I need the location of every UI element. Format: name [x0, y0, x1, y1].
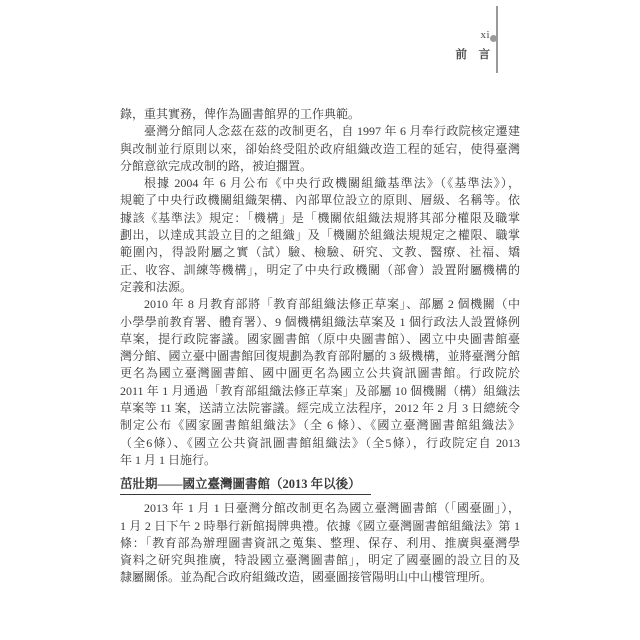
- body-line: 分館意欲完成改制的路，被迫擱置。: [120, 158, 520, 175]
- body-line: 定義和法源。: [120, 279, 520, 296]
- body-line: 與改制並行原則以來，卻始終受阻於政府組織改造工程的延宕，使得臺灣: [120, 141, 520, 158]
- body-line: 範圍內，得設附屬之實（試）驗、檢驗、研究、文教、醫療、社福、矯: [120, 244, 520, 261]
- body-line: 灣分館、國立臺中圖書館回復規劃為教育部附屬的 3 級機構，並將臺灣分館: [120, 348, 520, 365]
- body-line: 錄，重其實務，俾作為圖書館界的工作典範。: [120, 106, 520, 123]
- body-line: 規範了中央行政機關組織架構、內部單位設立的原則、層級、名稱等。依: [120, 192, 520, 209]
- body-line: 根據 2004 年 6 月公布《中央行政機關組織基準法》（《基準法》），: [120, 175, 520, 192]
- paragraph: 臺灣分館同人念茲在茲的改制更名，自 1997 年 6 月奉行政院核定遷建與改制並…: [120, 123, 520, 175]
- body-line: 年 1 月 1 日施行。: [120, 452, 520, 469]
- body-line: 草案，提行政院審議。國家圖書館（原中央圖書館）、國立中央圖書館臺: [120, 331, 520, 348]
- paragraph: 2013 年 1 月 1 日臺灣分館改制更名為國立臺灣圖書館（「國臺圖」），1 …: [120, 500, 520, 586]
- body-line: 臺灣分館同人念茲在茲的改制更名，自 1997 年 6 月奉行政院核定遷建: [120, 123, 520, 140]
- book-page: xi 前 言 錄，重其實務，俾作為圖書館界的工作典範。臺灣分館同人念茲在茲的改制…: [0, 0, 640, 640]
- page-number: xi: [430, 29, 490, 41]
- paragraph: 錄，重其實務，俾作為圖書館界的工作典範。: [120, 106, 520, 123]
- body-line: 更名為國立臺灣圖書館、國中圖更名為國立公共資訊圖書館。行政院於: [120, 365, 520, 382]
- body-line: 草案等 11 案，送請立法院審議。經完成立法程序，2012 年 2 月 3 日總…: [120, 400, 520, 417]
- body-line: 2010 年 8 月教育部將「教育部組織法修正草案」、部屬 2 個機關（中: [120, 296, 520, 313]
- section-heading-text: 茁壯期——國立臺灣圖書館（2013 年以後）: [120, 475, 371, 495]
- body-line: 條：「教育部為辦理圖書資訊之蒐集、整理、保存、利用、推廣與臺灣學: [120, 535, 520, 552]
- body-line: 劃出，以達成其設立目的之組織」及「機關於組織法規規定之權限、職掌: [120, 227, 520, 244]
- paragraph: 根據 2004 年 6 月公布《中央行政機關組織基準法》（《基準法》），規範了中…: [120, 175, 520, 296]
- body-text: 錄，重其實務，俾作為圖書館界的工作典範。臺灣分館同人念茲在茲的改制更名，自 19…: [120, 106, 520, 587]
- body-line: 制定公布《國家圖書館組織法》（全 6 條）、《國立臺灣圖書館組織法》: [120, 417, 520, 434]
- body-line: （全6條）、《國立公共資訊圖書館組織法》（全5條），行政院定自 2013: [120, 435, 520, 452]
- section-heading: 茁壯期——國立臺灣圖書館（2013 年以後）: [120, 475, 520, 495]
- body-line: 隸屬關係。並為配合政府組織改造，國臺圖接管陽明山中山樓管理所。: [120, 569, 520, 586]
- body-line: 資料之研究與推廣，特設國立臺灣圖書館」，明定了國臺圖的設立目的及: [120, 552, 520, 569]
- header-rule-dot: [490, 35, 497, 42]
- body-line: 小學學前教育署、體育署）、9 個機構組織法草案及 1 個行政法人設置條例: [120, 314, 520, 331]
- body-line: 1 月 2 日下午 2 時舉行新館揭牌典禮。依據《國立臺灣圖書館組織法》第 1: [120, 518, 520, 535]
- body-line: 正、收容、訓練等機構」，明定了中央行政機關（部會）設置附屬機構的: [120, 262, 520, 279]
- paragraph: 2010 年 8 月教育部將「教育部組織法修正草案」、部屬 2 個機關（中小學學…: [120, 296, 520, 469]
- body-line: 2013 年 1 月 1 日臺灣分館改制更名為國立臺灣圖書館（「國臺圖」），: [120, 500, 520, 517]
- chapter-title: 前 言: [400, 46, 490, 62]
- body-line: 據該《基準法》規定：「機構」是「機關依組織法規將其部分權限及職掌: [120, 210, 520, 227]
- body-line: 2011 年 1 月通過「教育部組織法修正草案」及部屬 10 個機關（構）組織法: [120, 383, 520, 400]
